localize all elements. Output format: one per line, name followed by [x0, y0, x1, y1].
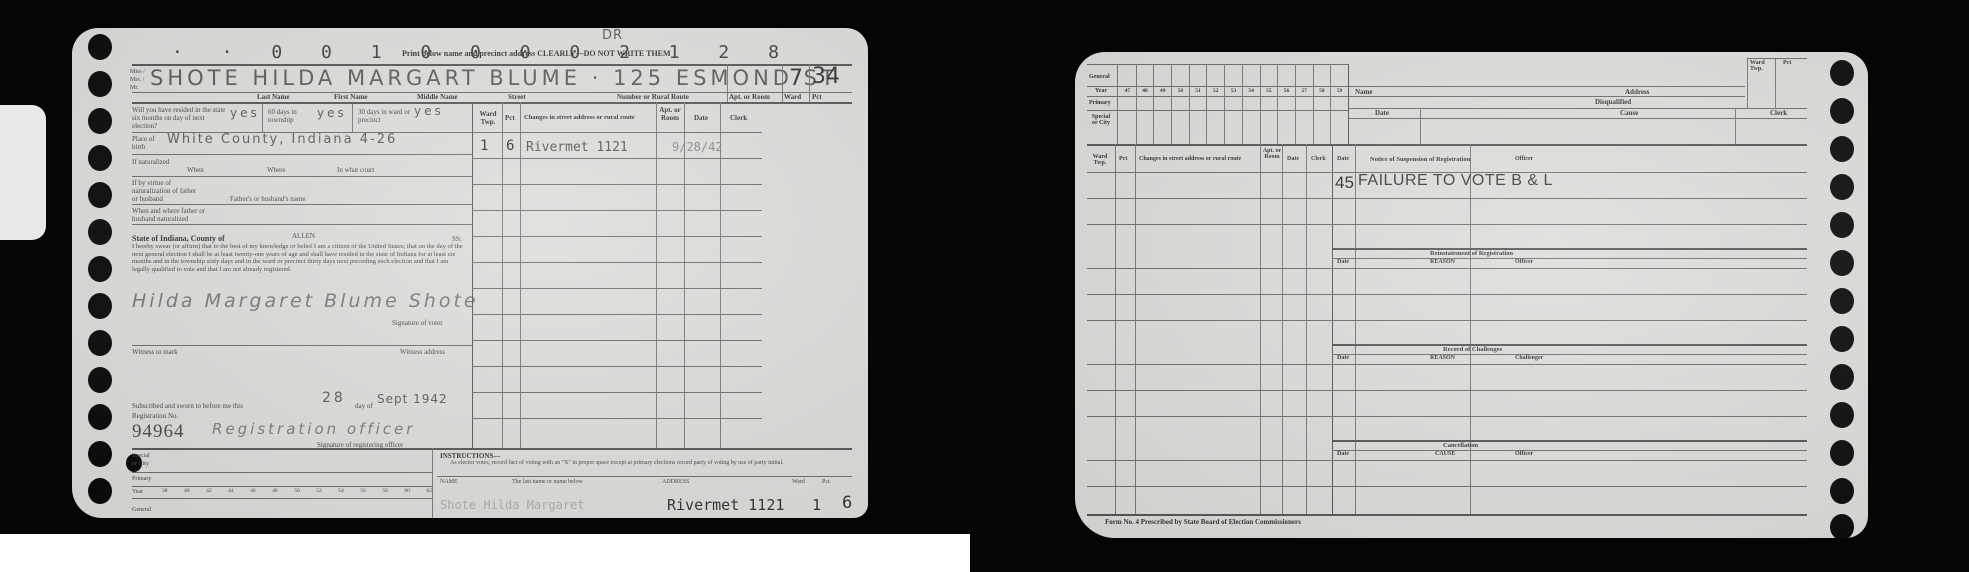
ledger-row-ward: 1	[480, 138, 488, 154]
ledger-header-pct: Pct	[505, 114, 515, 122]
punch-hole	[88, 441, 112, 467]
ledger-header-pct: Pct	[1119, 156, 1127, 162]
grid-label-general: General	[1089, 74, 1110, 80]
cancellation-title: Cancellation	[1443, 442, 1478, 449]
sworn-day: 28	[322, 390, 346, 406]
suspension-header-notice: Notice of Suspension of Registration	[1370, 156, 1470, 163]
label-ward: Ward	[784, 93, 801, 101]
label-naturalized: If naturalized	[132, 158, 170, 166]
officer-signature: Registration officer	[212, 420, 415, 438]
answer-township: yes	[317, 106, 347, 120]
label-where: Where	[267, 166, 286, 174]
ledger-header-date: Date	[694, 114, 708, 122]
stub-label-name: NAME	[440, 478, 458, 486]
grid-label-special: Special or City	[132, 452, 154, 468]
stub-label-address: ADDRESS	[662, 478, 689, 486]
challenges-header-challenger: Challenger	[1515, 355, 1543, 361]
grid-label-year: Year	[1095, 88, 1107, 94]
stub-label-ward: Ward	[792, 478, 805, 486]
cancellation-header-officer: Officer	[1515, 451, 1533, 457]
punch-hole	[88, 34, 112, 60]
punch-hole	[88, 367, 112, 393]
label-last-name: Last Name	[257, 93, 289, 101]
punch-hole	[1830, 212, 1854, 238]
label-date: Date	[1375, 109, 1389, 117]
grid-label-primary: Primary	[132, 475, 151, 483]
ledger-header-apt: Apt. or Room	[1262, 148, 1282, 160]
label-court: In what court	[337, 166, 374, 174]
punch-hole	[88, 71, 112, 97]
label-registration-no: Registration No.	[132, 412, 178, 420]
label-derivative: If by virtue of naturalization of father…	[132, 179, 202, 203]
reinstatement-header-date: Date	[1337, 259, 1349, 265]
label-cause: Cause	[1620, 109, 1638, 117]
label-witness-mark: Witness to mark	[132, 348, 178, 356]
ledger-header-clerk: Clerk	[1311, 156, 1326, 162]
reinstatement-header-reason: REASON	[1430, 259, 1455, 265]
challenges-header-date: Date	[1337, 355, 1349, 361]
label-number: Number or Rural Route	[617, 93, 689, 101]
registration-card-back: General Year Primary Special or City 47 …	[1075, 52, 1868, 538]
label-when-where: When and where father or husband natural…	[132, 207, 222, 223]
label-sworn: Subscribed and sworn to before me this	[132, 402, 243, 410]
annotation-top: DR	[602, 28, 623, 43]
header-instruction: Print below name and precinct address CL…	[402, 49, 671, 58]
grid-years-back: 47 48 49 50 51 52 53 54 55 56 57 58 59	[1119, 88, 1349, 144]
instructions-text: As elector votes, record fact of voting …	[450, 460, 850, 467]
grid-label-general: General	[132, 506, 151, 514]
punch-hole	[88, 219, 112, 245]
punch-hole	[88, 108, 112, 134]
punch-hole	[1830, 440, 1854, 466]
registration-card-front: · · 0 0 1 0 0 0 0 2 1 2 8 Print below na…	[72, 28, 868, 518]
grid-label-special: Special or City	[1089, 114, 1113, 126]
punch-hole	[1830, 402, 1854, 428]
label-day-of: day of	[355, 402, 373, 410]
oath-ss: SS:	[452, 235, 462, 243]
punch-hole	[88, 293, 112, 319]
punch-hole	[1830, 98, 1854, 124]
punch-hole	[1830, 478, 1854, 504]
stub-pct: 6	[842, 493, 852, 513]
label-ward-twp: Ward Twp.	[1750, 60, 1774, 72]
punch-hole	[88, 404, 112, 430]
place-of-birth: White County, Indiana 4-26	[167, 132, 397, 147]
punch-hole	[88, 478, 112, 504]
stub-name: Shote Hilda Margaret	[440, 498, 585, 512]
punch-hole	[1830, 250, 1854, 276]
ledger-header-clerk: Clerk	[730, 114, 747, 122]
grid-label-primary: Primary	[1089, 100, 1111, 106]
ledger-row-address: Rivermet 1121	[526, 140, 628, 155]
punch-hole	[1830, 514, 1854, 538]
form-footer: Form No. 4 Prescribed by State Board of …	[1105, 518, 1301, 526]
ledger-header-ward: Ward Twp.	[476, 110, 500, 126]
punch-hole	[88, 145, 112, 171]
label-clerk: Clerk	[1770, 109, 1787, 117]
label-name: Name	[1355, 88, 1373, 96]
answer-ward-precinct: yes	[414, 104, 444, 118]
challenges-title: Record of Challenges	[1443, 346, 1502, 353]
ledger-row-date: 9/28/42	[672, 140, 723, 154]
label-street: Street	[508, 93, 526, 101]
question-state-residence: Will you have resided in the state six m…	[132, 106, 227, 130]
grid-years-front: 38 40 42 44 46 48 50 52 54 56 58 60 62	[162, 487, 432, 495]
label-first-name: First Name	[334, 93, 368, 101]
ledger-header-ward: Ward Twp.	[1087, 154, 1113, 166]
ledger-header-date: Date	[1287, 156, 1299, 162]
punch-hole	[1830, 60, 1854, 86]
stub-label-pct: Pct.	[822, 478, 831, 486]
precinct-number: 34	[812, 64, 840, 89]
reinstatement-title: Reinstatement of Registration	[1430, 250, 1513, 257]
label-witness-address: Witness address	[400, 348, 445, 356]
sworn-month: Sept 1942	[377, 392, 448, 406]
cancellation-header-cause: CAUSE	[1435, 451, 1455, 457]
suspension-header-date: Date	[1337, 156, 1349, 162]
ledger-header-apt: Apt. or Room	[658, 106, 682, 122]
label-father-husband-name: Father's or husband's name	[230, 195, 305, 203]
cancellation-header-date: Date	[1337, 451, 1349, 457]
voter-signature: Hilda Margaret Blume Shote	[132, 290, 479, 312]
question-township: 60 days in township	[268, 108, 318, 124]
title-prefix: Miss / Mrs. / Mr.	[130, 68, 146, 92]
punch-hole	[88, 256, 112, 282]
oath-text: I hereby swear (or affirm) that to the b…	[132, 243, 467, 273]
punch-hole	[1830, 136, 1854, 162]
label-apt: Apt. or Room	[729, 93, 770, 101]
label-place-of-birth: Place of birth	[132, 135, 160, 151]
punch-hole	[1830, 364, 1854, 390]
stub-ward: 1	[812, 496, 821, 514]
instructions-title: INSTRUCTIONS—	[440, 452, 500, 460]
ledger-header-changes: Changes in street address or rural route	[1139, 156, 1241, 162]
label-disqualified: Disqualified	[1595, 98, 1631, 106]
oath-county: ALLEN	[292, 232, 315, 240]
suspension-entry-date: 45	[1335, 173, 1354, 193]
label-address: Address	[1625, 88, 1649, 96]
label-pct: Pct	[812, 93, 822, 101]
scan-artifact	[0, 105, 46, 240]
suspension-entry-text: FAILURE TO VOTE B & L	[1358, 172, 1553, 190]
label-signature: Signature of voter	[392, 319, 443, 327]
punch-hole	[1830, 174, 1854, 200]
punch-hole	[1830, 288, 1854, 314]
punch-hole	[88, 330, 112, 356]
reinstatement-header-officer: Officer	[1515, 259, 1533, 265]
registration-number: 94964	[132, 421, 185, 443]
ward-number: 7	[789, 66, 803, 91]
stub-address: Rivermet 1121	[667, 496, 784, 514]
label-pct: Pct	[1783, 60, 1791, 66]
challenges-header-reason: REASON	[1430, 355, 1455, 361]
punch-hole	[1830, 326, 1854, 352]
oath-state-line: State of Indiana, County of	[132, 234, 225, 243]
answer-state-residence: yes	[230, 106, 260, 120]
punch-hole	[88, 182, 112, 208]
voter-name-address: SHOTE HILDA MARGART BLUME · 125 ESMOND S…	[150, 66, 838, 90]
ledger-row-pct: 6	[506, 138, 514, 154]
blank-scan-area	[0, 534, 970, 572]
stub-label-lastname: The last name or name below	[512, 478, 583, 486]
label-middle-name: Middle Name	[417, 93, 458, 101]
label-when: When	[187, 166, 204, 174]
grid-label-year: Year	[132, 488, 143, 496]
suspension-header-officer: Officer	[1515, 156, 1533, 162]
ledger-header-changes: Changes in street address or rural route	[524, 114, 635, 121]
